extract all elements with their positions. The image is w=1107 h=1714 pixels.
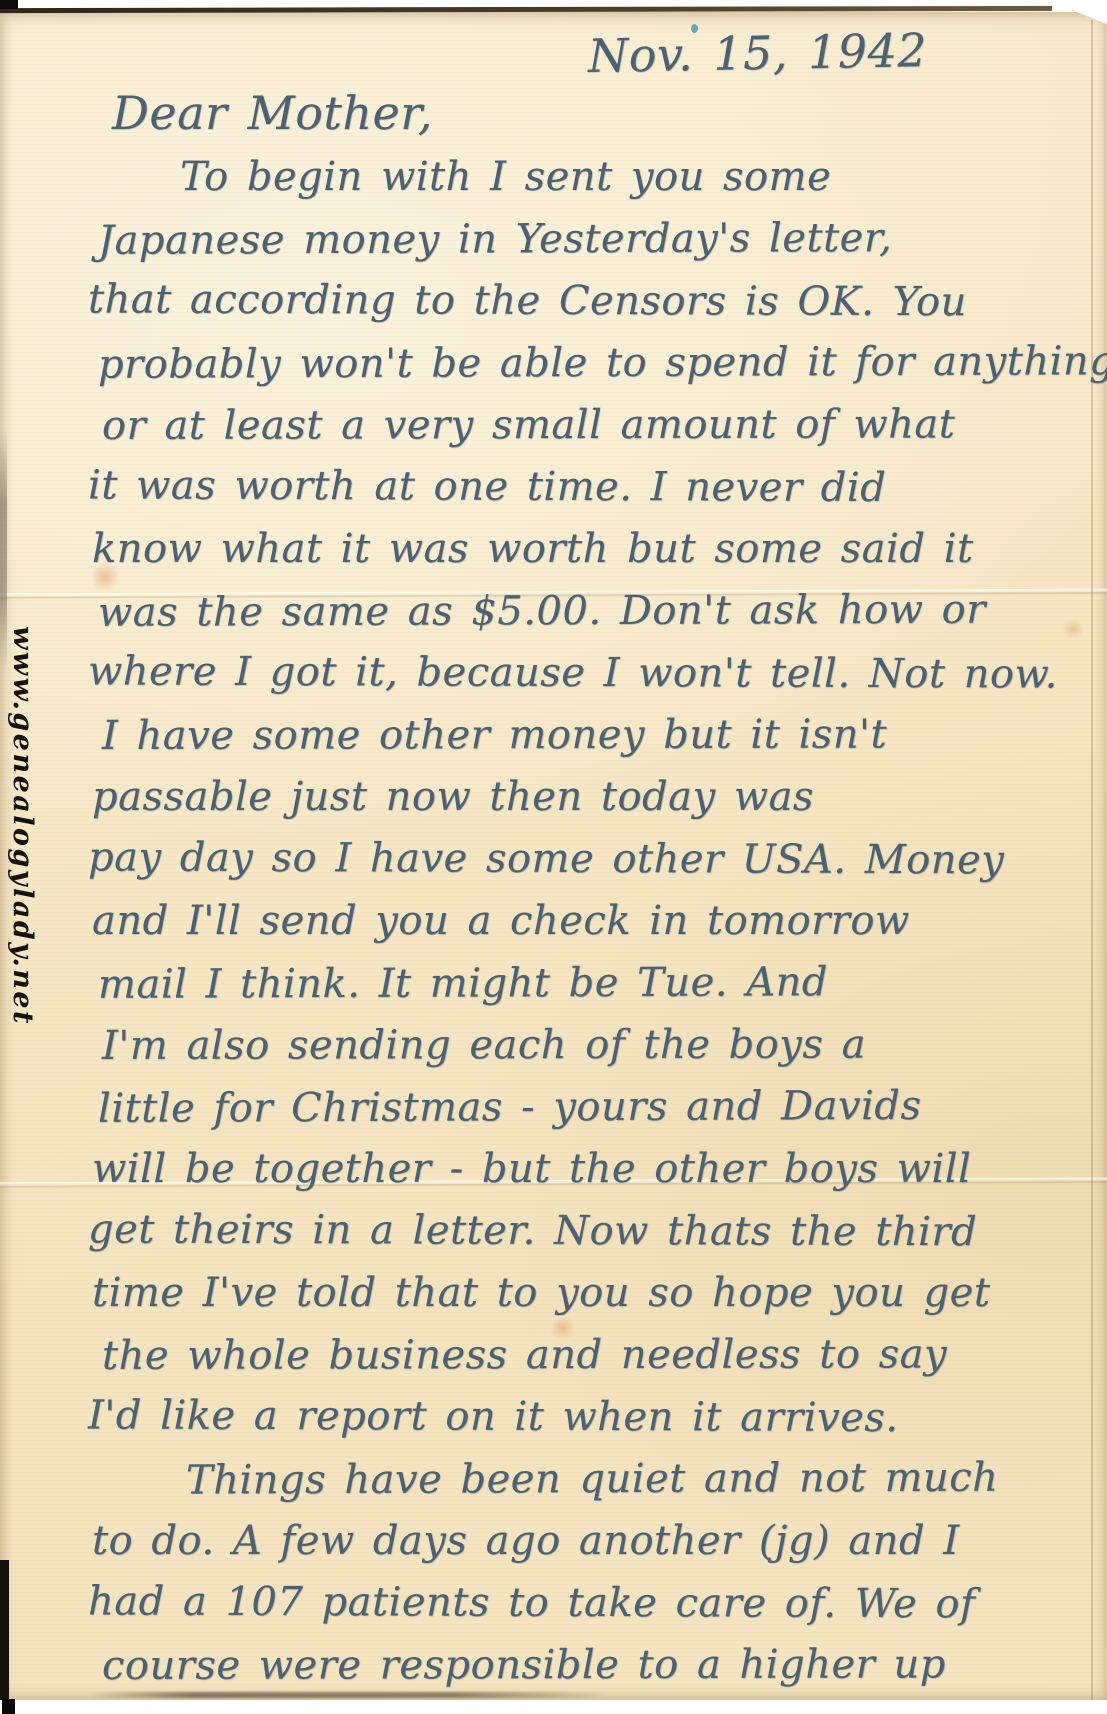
scan-artifact-top-left (0, 0, 18, 9)
letter-line: it was worth at one time. I never did (88, 454, 1098, 519)
letter-line: probably won't be able to spend it for a… (98, 330, 1107, 396)
letter-line: course were responsible to a higher up (102, 1633, 1107, 1697)
letter-line: time I've told that to you so hope you g… (92, 1262, 1102, 1324)
letter-line: Japanese money in Yesterday's letter, (98, 206, 1107, 272)
scan-edge-right (1091, 20, 1093, 1700)
scan-edge-left-grey (0, 430, 7, 670)
letter-line: and I'll send you a check in tomorrow (92, 890, 1102, 952)
scan-smudge-bottom (90, 1692, 610, 1698)
letter-line: get theirs in a letter. Now thats the th… (88, 1198, 1098, 1263)
letter-line: was the same as $5.00. Don't ask how or (98, 578, 1107, 644)
letter-line: I have some other money but it isn't (102, 703, 1107, 767)
letter-line: pay day so I have some other USA. Money (88, 826, 1098, 891)
letter-line: passable just now then today was (92, 766, 1102, 828)
letter-line: the whole business and needless to say (102, 1323, 1107, 1387)
letter-scan: Nov. 15, 1942 Dear Mother, To begin with… (0, 0, 1107, 1714)
letter-line: I'm also sending each of the boys a (102, 1013, 1107, 1077)
letter-line: where I got it, because I won't tell. No… (88, 640, 1098, 705)
letter-line: to do. A few days ago another (jg) and I (92, 1510, 1102, 1572)
letter-line: will be together - but the other boys wi… (92, 1138, 1102, 1200)
letter-line: know what it was worth but some said it (92, 518, 1102, 580)
letter-line: I'd like a report on it when it arrives. (88, 1384, 1098, 1449)
scan-artifact-bottom-left (2, 1699, 15, 1714)
letter-line: little for Christmas - yours and Davids (98, 1074, 1107, 1140)
letter-body: To begin with I sent you someJapanese mo… (92, 146, 1102, 1696)
letter-salutation: Dear Mother, (112, 86, 433, 140)
letter-line: Things have been quiet and not much (98, 1446, 1107, 1512)
letter-line: that according to the Censors is OK. You (88, 268, 1098, 333)
letter-date: Nov. 15, 1942 (588, 23, 928, 83)
letter-line: mail I think. It might be Tue. And (98, 950, 1107, 1016)
letter-line: To begin with I sent you some (92, 146, 1102, 208)
watermark-genealogylady: www.genealogylady.net (6, 626, 38, 1106)
scan-edge-bottom (0, 1700, 1107, 1714)
letter-line: had a 107 patients to take care of. We o… (88, 1570, 1098, 1635)
letter-line: or at least a very small amount of what (102, 393, 1107, 457)
scan-edge-left-black (0, 1560, 9, 1702)
